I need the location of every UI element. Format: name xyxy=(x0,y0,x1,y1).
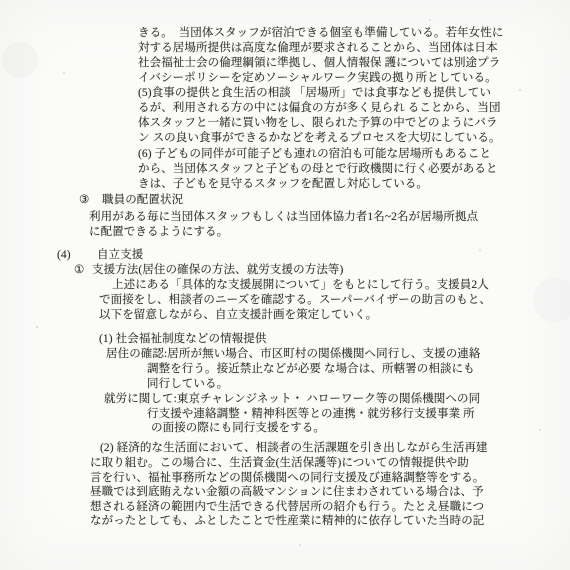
text-line: 居住の確認:居所が無い場合、市区町村の関係機関へ同行し、支援の連絡 xyxy=(106,347,481,362)
item-header: (1) 社会福祉制度などの情報提供 xyxy=(99,332,266,347)
text-line: 対する居場所提供は高度な倫理が要求されることから、当団体は日本 xyxy=(138,41,498,56)
text-line: 言を行い、福祉事務所などの関係機関への同行支援及び連絡調整等をする。 xyxy=(90,471,484,486)
subsection-marker: ① xyxy=(74,263,84,278)
text-line: 上述にある「具体的な支援展開について」をもとにして行う。支援員2人 xyxy=(112,278,489,293)
text-line: 就労に関して:東京チャレンジネット・ ハローワーク等の関係機関への同 xyxy=(104,392,480,407)
scanned-document-page: きる。 当団体スタッフが宿泊できる個室も準備している。若年女性に 対する居場所提… xyxy=(0,0,570,570)
text-line: きる。 当団体スタッフが宿泊できる個室も準備している。若年女性に xyxy=(138,26,503,41)
text-line: 想される経済の範囲内で生活できる代替居所の紹介も行う。たとえ昼職につ xyxy=(90,500,484,515)
section-marker: ③ xyxy=(79,193,89,208)
text-line: るが、利用される方の中には偏食の方が多く見られ ることから、当団 xyxy=(138,101,501,116)
section-title: 自立支援 xyxy=(97,248,143,263)
text-line: 行支援や連絡調整・精神科医等との連携・就労移行支援事業 所 xyxy=(147,407,475,422)
text-line: 体スタッフと一緒に買い物をし、限られた予算の中でどのようにバラ xyxy=(138,116,498,131)
text-line: (6) 子どもの同伴が可能子ども連れの宿泊も可能な居場所もあること xyxy=(138,147,491,162)
text-line: (5)食事の提供と食生活の相談 「居場所」では食事なども提供してい xyxy=(138,86,491,101)
subsection-title: 支援方法(居住の確保の方法、就労支援の方法等) xyxy=(92,263,343,278)
text-line: きは、子どもを見守るスタッフを配置し対応している。 xyxy=(138,177,428,192)
text-line: (2) 経済的な生活面において、相談者の生活課題を引き出しながら生活再建 xyxy=(100,441,488,456)
text-line: 利用がある毎に当団体スタッフもしくは当団体協力者1名~2名が居場所拠点 xyxy=(89,210,478,225)
text-line: 社会福祉士会の倫理綱領に準拠し、個人情報保 護については別途プラ xyxy=(138,56,500,71)
section-title: 職員の配置状況 xyxy=(102,193,183,208)
text-line: の面接の際にも同行支援をする。 xyxy=(151,421,325,436)
text-line: 同行している。 xyxy=(147,377,228,392)
text-line: イバシーポリシーを定めソーシャルワーク実践の拠り所としている。 xyxy=(138,71,497,86)
text-line: に配置できるようにする。 xyxy=(89,225,228,240)
text-line: 昼職では到底賄えない金額の高級マンションに住まわされている場合は、予 xyxy=(90,485,484,500)
text-line: で面接をし、相談者のニーズを確認する。スーパーバイザーの助言のもと、 xyxy=(99,293,491,308)
text-line: に取り組む。この場合に、生活資金(生活保護等)についての情報提供や助 xyxy=(90,456,469,471)
text-line: 調整を行う。接近禁止などが必要 な場合は、所轄署の相談にも xyxy=(147,362,475,377)
text-line: ながったとしても、ふとしたことで性産業に精神的に依存していた当時の記 xyxy=(90,514,484,529)
text-line: から、当団体スタッフと子どもの母とで行政機関に行く必要があると xyxy=(138,162,498,177)
text-line: ン スの良い食事ができるかなどを考えるプロセスを大切にしている。 xyxy=(138,131,501,146)
section-marker: (4) xyxy=(57,248,71,263)
text-line: 以下を留意しながら、自立支援計画を策定していく。 xyxy=(99,308,377,323)
